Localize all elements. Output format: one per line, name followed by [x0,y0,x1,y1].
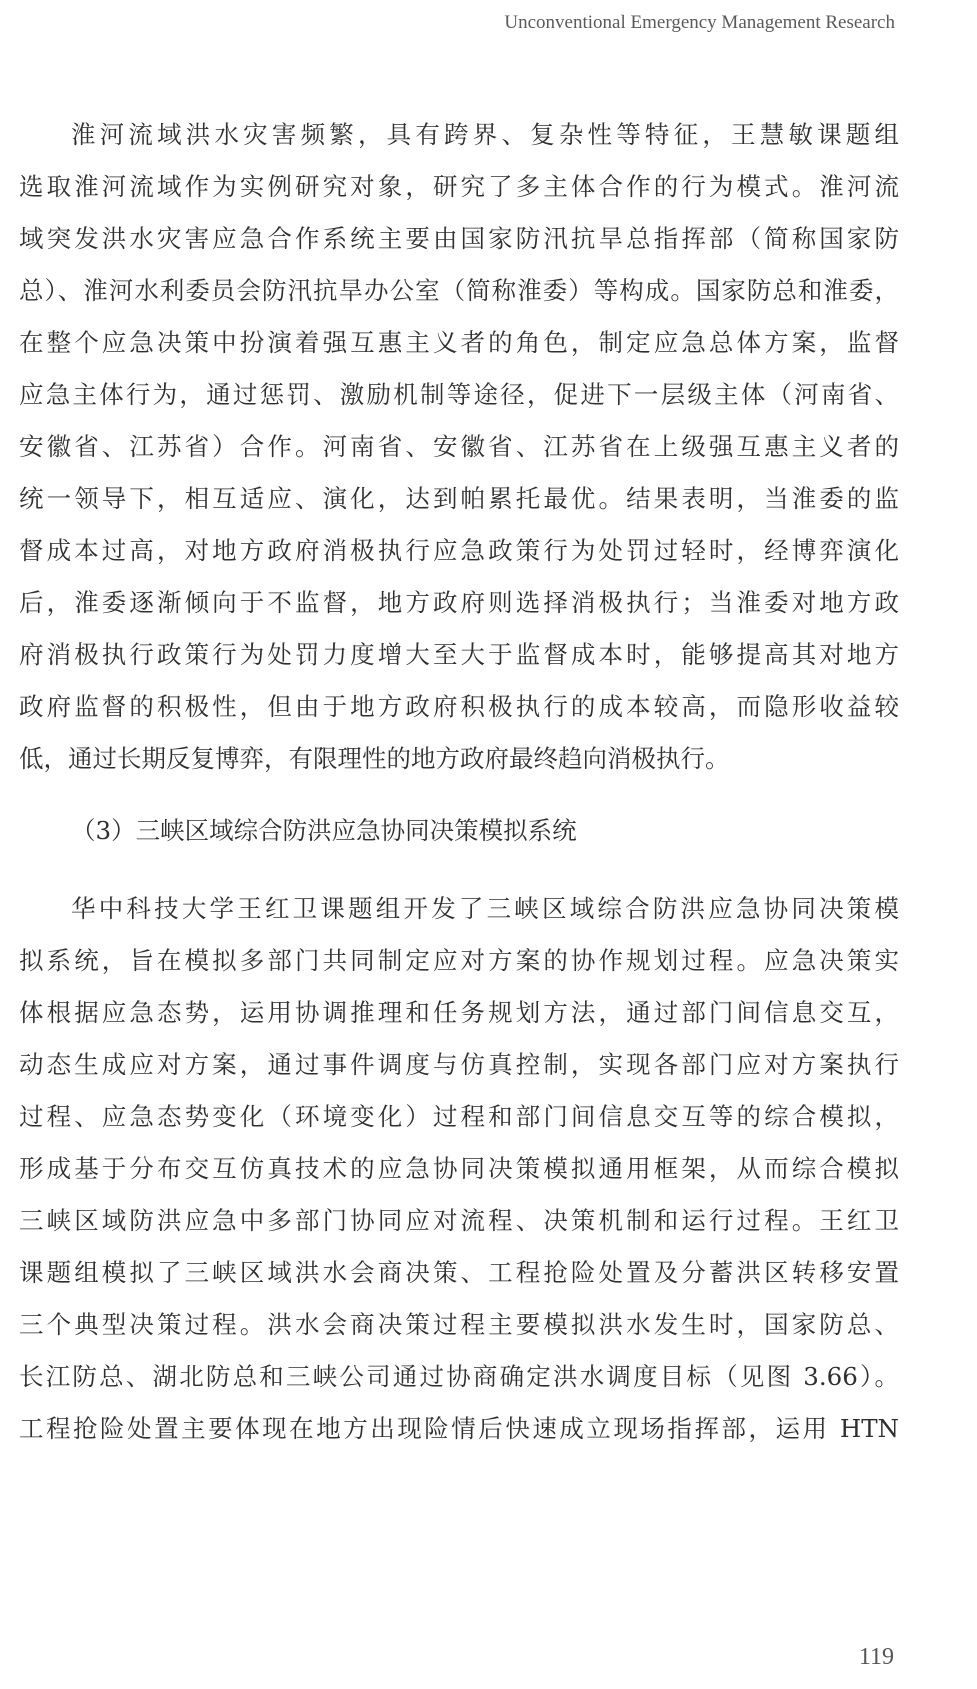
paragraph-line: 课题组模拟了三峡区域洪水会商决策、工程抢险处置及分蓄洪区转移安置 [19,1247,899,1299]
paragraph-line: 动态生成应对方案，通过事件调度与仿真控制，实现各部门应对方案执行 [19,1039,899,1091]
paragraph-line: 督成本过高，对地方政府消极执行应急政策行为处罚过轻时，经博弈演化 [19,525,899,577]
paragraph-line: 应急主体行为，通过惩罚、激励机制等途径，促进下一层级主体（河南省、 [19,369,899,421]
paragraph-line: 华中科技大学王红卫课题组开发了三峡区域综合防洪应急协同决策模 [19,883,899,935]
paragraph-line: 淮河流域洪水灾害频繁，具有跨界、复杂性等特征，王慧敏课题组 [19,109,899,161]
running-header: Unconventional Emergency Management Rese… [504,12,895,34]
section-heading: （3）三峡区域综合防洪应急协同决策模拟系统 [71,805,577,857]
paragraph-line: 统一领导下，相互适应、演化，达到帕累托最优。结果表明，当淮委的监 [19,473,899,525]
paragraph-line: 低，通过长期反复博弈，有限理性的地方政府最终趋向消极执行。 [19,733,899,785]
paragraph-line: 总）、淮河水利委员会防汛抗旱办公室（简称淮委）等构成。国家防总和淮委， [19,265,899,317]
paragraph-line: 过程、应急态势变化（环境变化）过程和部门间信息交互等的综合模拟， [19,1091,899,1143]
paragraph-huaihe: 淮河流域洪水灾害频繁，具有跨界、复杂性等特征，王慧敏课题组 选取淮河流域作为实例… [19,109,899,785]
paragraph-line: 后，淮委逐渐倾向于不监督，地方政府则选择消极执行；当淮委对地方政 [19,577,899,629]
paragraph-line: 政府监督的积极性，但由于地方政府积极执行的成本较高，而隐形收益较 [19,681,899,733]
paragraph-line: 府消极执行政策行为处罚力度增大至大于监督成本时，能够提高其对地方 [19,629,899,681]
paragraph-line: 域突发洪水灾害应急合作系统主要由国家防汛抗旱总指挥部（简称国家防 [19,213,899,265]
paragraph-line: 工程抢险处置主要体现在地方出现险情后快速成立现场指挥部，运用 HTN [19,1403,899,1455]
paragraph-line: 拟系统，旨在模拟多部门共同制定应对方案的协作规划过程。应急决策实 [19,935,899,987]
paragraph-line: 在整个应急决策中扮演着强互惠主义者的角色，制定应急总体方案，监督 [19,317,899,369]
paragraph-line: 长江防总、湖北防总和三峡公司通过协商确定洪水调度目标（见图 3.66）。 [19,1351,899,1403]
paragraph-line: 三个典型决策过程。洪水会商决策过程主要模拟洪水发生时，国家防总、 [19,1299,899,1351]
paragraph-line: 安徽省、江苏省）合作。河南省、安徽省、江苏省在上级强互惠主义者的 [19,421,899,473]
paragraph-three-gorges: 华中科技大学王红卫课题组开发了三峡区域综合防洪应急协同决策模 拟系统，旨在模拟多… [19,883,899,1455]
paragraph-line: 形成基于分布交互仿真技术的应急协同决策模拟通用框架，从而综合模拟 [19,1143,899,1195]
paragraph-line: 三峡区域防洪应急中多部门协同应对流程、决策机制和运行过程。王红卫 [19,1195,899,1247]
page-number: 119 [859,1644,894,1671]
paragraph-line: 体根据应急态势，运用协调推理和任务规划方法，通过部门间信息交互， [19,987,899,1039]
paragraph-line: 选取淮河流域作为实例研究对象，研究了多主体合作的行为模式。淮河流 [19,161,899,213]
